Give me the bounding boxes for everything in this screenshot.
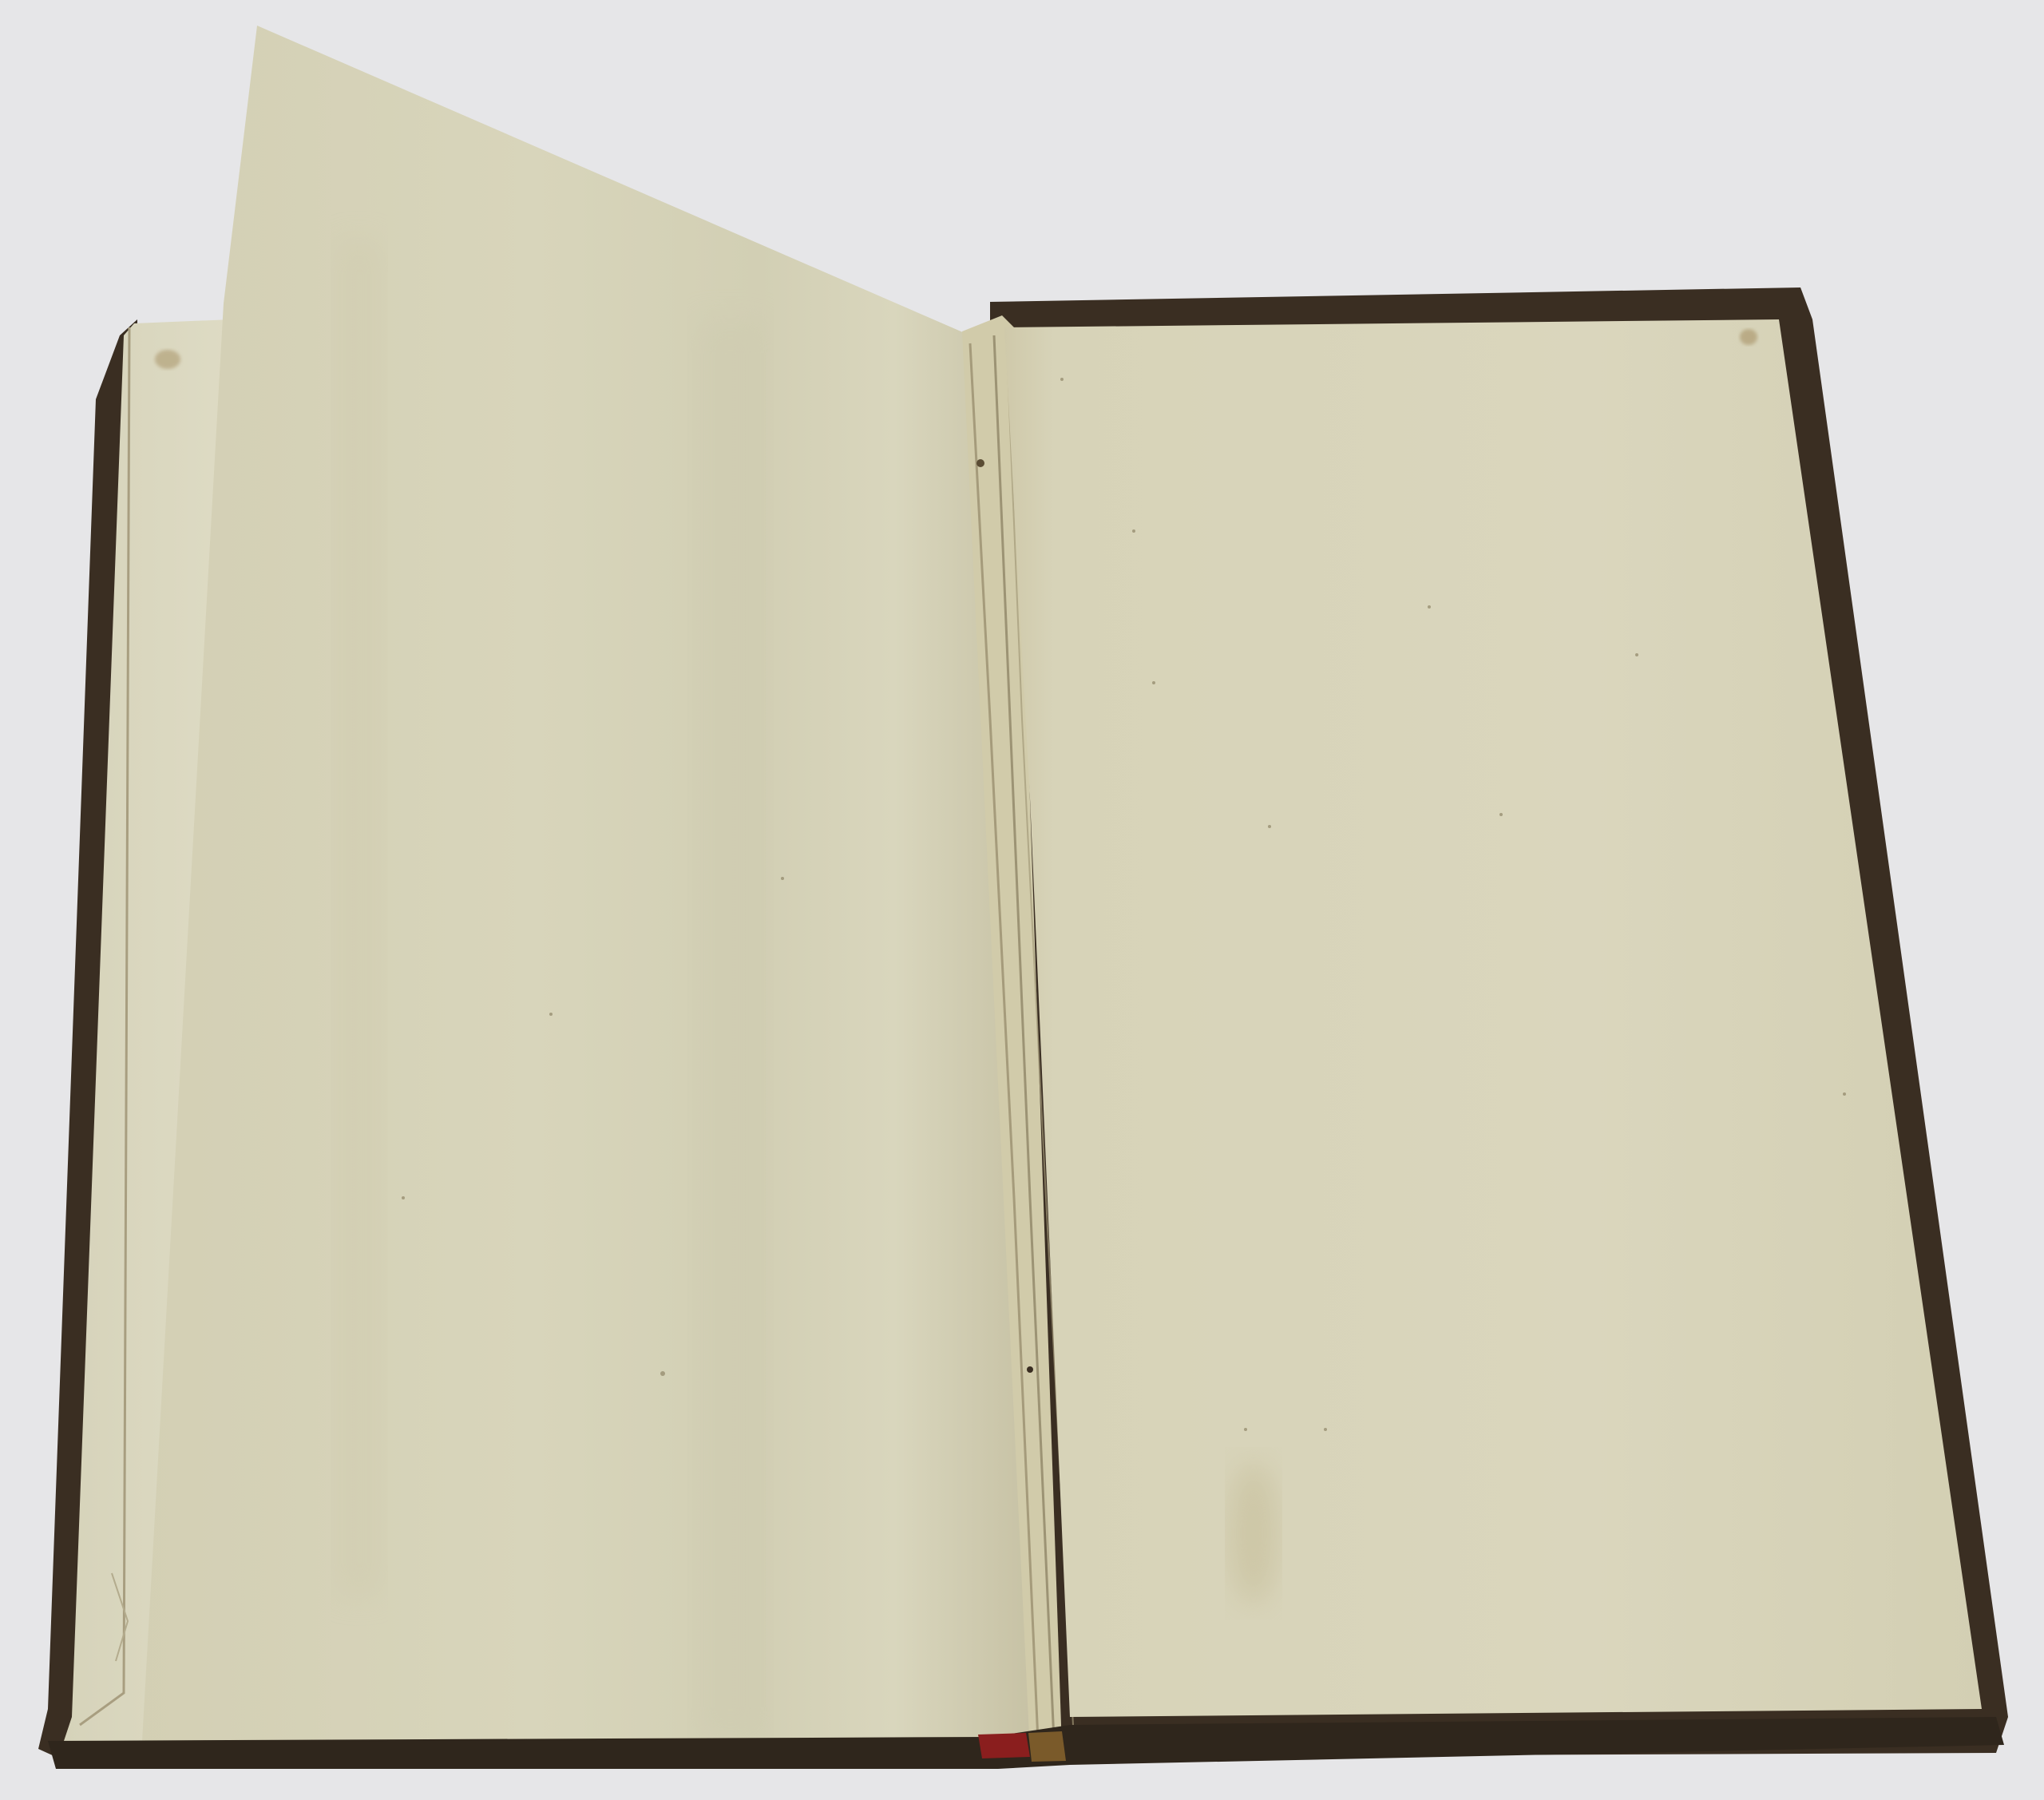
red-headband bbox=[978, 1733, 1030, 1758]
open-book bbox=[0, 0, 2044, 1800]
book-photo: Open antique book with blank endpapers bbox=[0, 0, 2044, 1800]
flyleaf-page bbox=[128, 26, 1030, 1745]
